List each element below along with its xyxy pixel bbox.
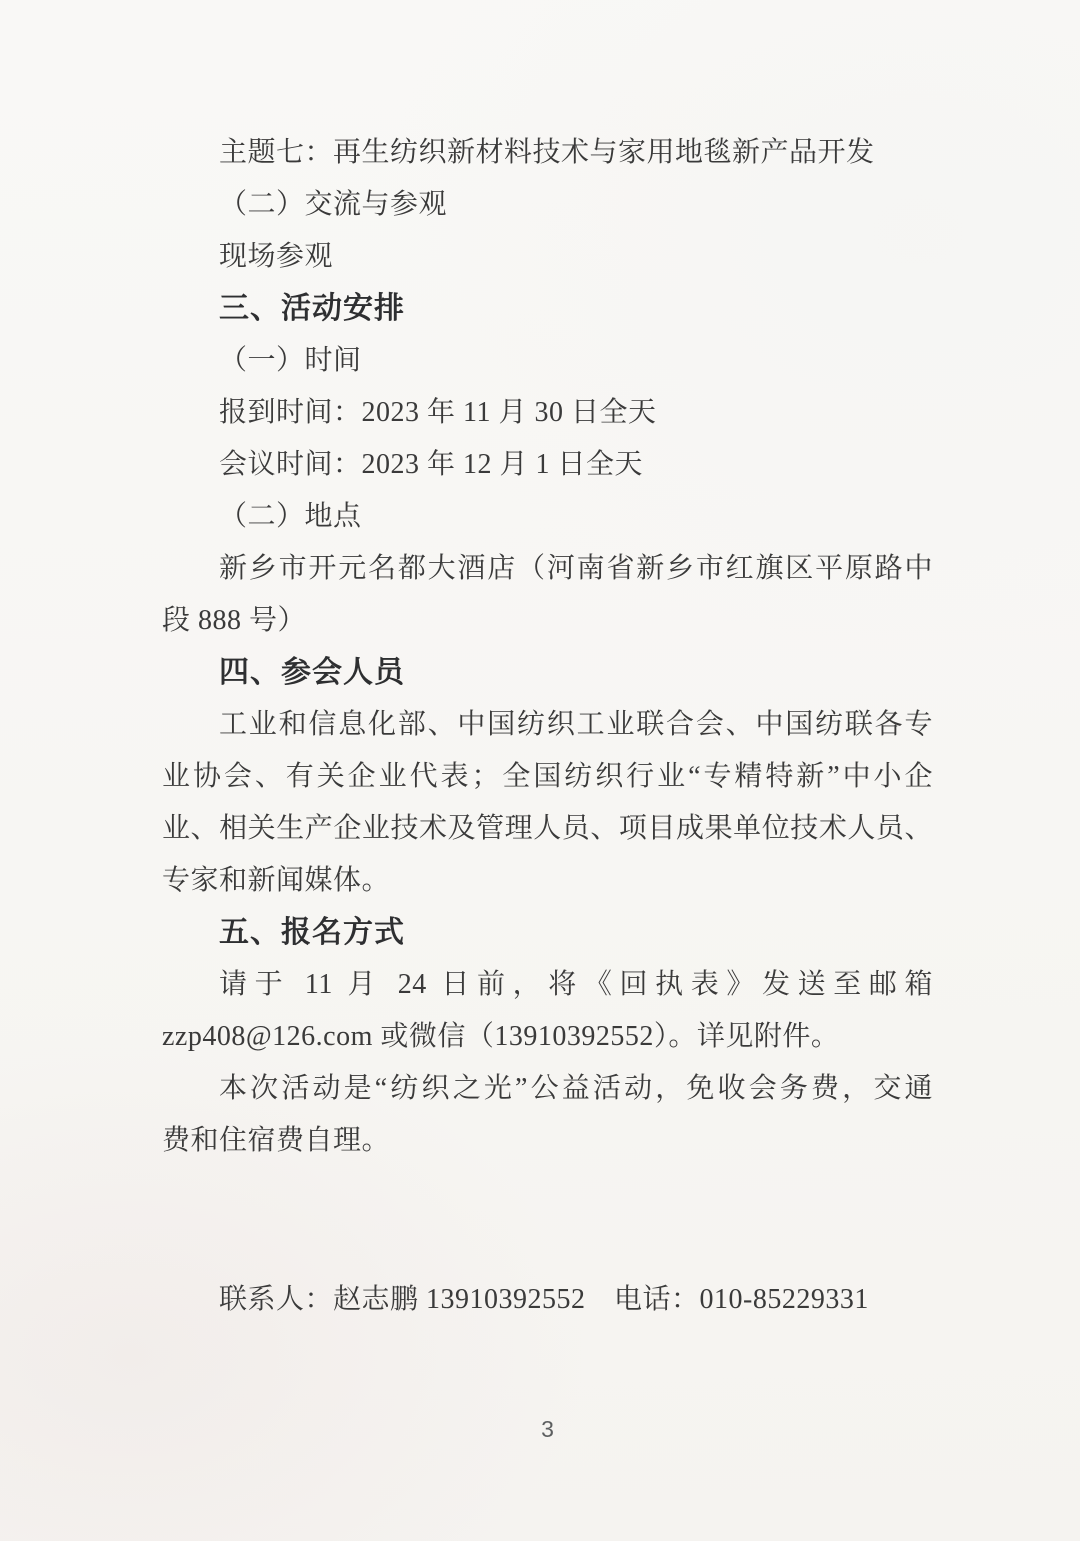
heading-section-three-schedule: 三、活动安排: [162, 283, 933, 335]
heading-section-four-participants: 四、参会人员: [162, 647, 933, 699]
line-checkin-time: 报到时间：2023 年 11 月 30 日全天: [162, 387, 933, 439]
line-participants-part-2: 业协会、有关企业代表；全国纺织行业“专精特新”中小企: [162, 751, 933, 803]
line-venue-part-1: 新乡市开元名都大酒店（河南省新乡市红旗区平原路中: [162, 543, 933, 595]
line-subsection-location: （二）地点: [162, 491, 933, 543]
line-exchange-and-visit: （二）交流与参观: [162, 179, 933, 231]
line-participants-part-3: 业、相关生产企业技术及管理人员、项目成果单位技术人员、: [162, 803, 933, 855]
line-topic-seven: 主题七：再生纺织新材料技术与家用地毯新产品开发: [162, 127, 933, 179]
line-subsection-time: （一）时间: [162, 335, 933, 387]
line-site-visit: 现场参观: [162, 231, 933, 283]
document-page: 主题七：再生纺织新材料技术与家用地毯新产品开发 （二）交流与参观 现场参观 三、…: [0, 0, 1080, 1541]
vertical-gap: [162, 1167, 933, 1274]
line-fees-part-2: 费和住宿费自理。: [162, 1115, 933, 1167]
heading-section-five-registration: 五、报名方式: [162, 907, 933, 959]
line-venue-part-2: 段 888 号）: [162, 595, 933, 647]
line-participants-part-4: 专家和新闻媒体。: [162, 855, 933, 907]
line-registration-part-2: zzp408@126.com 或微信（13910392552）。详见附件。: [162, 1011, 933, 1063]
line-fees-part-1: 本次活动是“纺织之光”公益活动，免收会务费，交通: [162, 1063, 933, 1115]
line-contact-info: 联系人：赵志鹏 13910392552 电话：010-85229331: [162, 1274, 933, 1326]
document-text-block: 主题七：再生纺织新材料技术与家用地毯新产品开发 （二）交流与参观 现场参观 三、…: [0, 0, 1080, 1444]
line-registration-part-1: 请于 11 月 24 日前，将《回执表》发送至邮箱: [162, 959, 933, 1011]
page-number: 3: [162, 1414, 933, 1444]
line-meeting-time: 会议时间：2023 年 12 月 1 日全天: [162, 439, 933, 491]
line-participants-part-1: 工业和信息化部、中国纺织工业联合会、中国纺联各专: [162, 699, 933, 751]
